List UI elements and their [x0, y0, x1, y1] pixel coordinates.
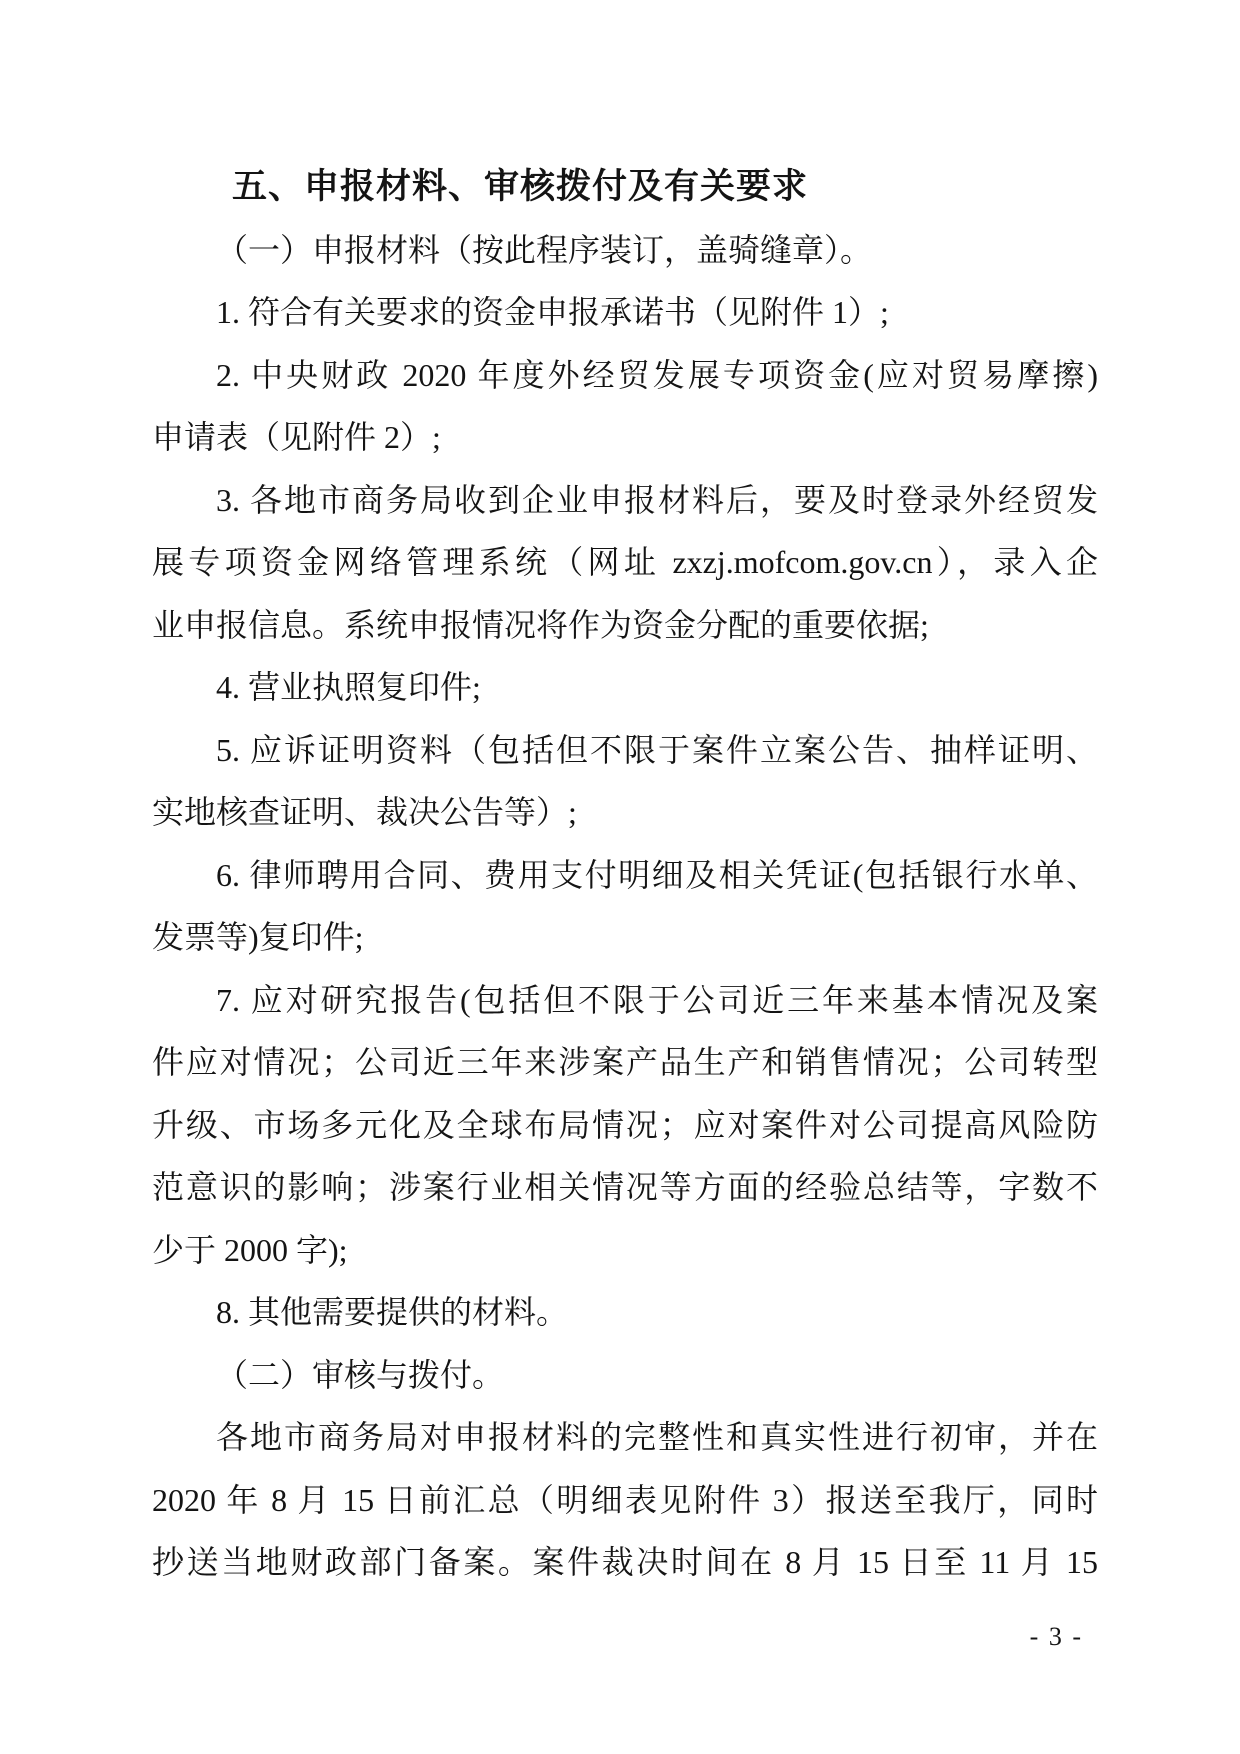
document-line: 7. 应对研究报告(包括但不限于公司近三年来基本情况及案	[152, 969, 1098, 1032]
document-line: 少于 2000 字);	[152, 1219, 1098, 1282]
document-page: 五、申报材料、审核拨付及有关要求 （一）申报材料（按此程序装订，盖骑缝章）。 1…	[0, 0, 1240, 1754]
document-line: 发票等)复印件;	[152, 906, 1098, 969]
document-line: 各地市商务局对申报材料的完整性和真实性进行初审，并在	[152, 1406, 1098, 1469]
document-line: 抄送当地财政部门备案。案件裁决时间在 8 月 15 日至 11 月 15	[152, 1531, 1098, 1594]
page-number: - 3 -	[1030, 1622, 1083, 1652]
document-line: 4. 营业执照复印件;	[152, 656, 1098, 719]
document-line: 升级、市场多元化及全球布局情况；应对案件对公司提高风险防	[152, 1094, 1098, 1157]
document-line: 2020 年 8 月 15 日前汇总（明细表见附件 3）报送至我厅，同时	[152, 1469, 1098, 1532]
document-line: 1. 符合有关要求的资金申报承诺书（见附件 1）;	[152, 281, 1098, 344]
document-line: 3. 各地市商务局收到企业申报材料后，要及时登录外经贸发	[152, 469, 1098, 532]
document-line: 申请表（见附件 2）;	[152, 406, 1098, 469]
document-line: 8. 其他需要提供的材料。	[152, 1281, 1098, 1344]
document-line: 6. 律师聘用合同、费用支付明细及相关凭证(包括银行水单、	[152, 844, 1098, 907]
document-line: 范意识的影响；涉案行业相关情况等方面的经验总结等，字数不	[152, 1156, 1098, 1219]
document-line: 展专项资金网络管理系统（网址 zxzj.mofcom.gov.cn），录入企	[152, 531, 1098, 594]
document-line: （一）申报材料（按此程序装订，盖骑缝章）。	[152, 219, 1098, 282]
document-line: 5. 应诉证明资料（包括但不限于案件立案公告、抽样证明、	[152, 719, 1098, 782]
document-line: （二）审核与拨付。	[152, 1344, 1098, 1407]
document-line: 实地核查证明、裁决公告等）;	[152, 781, 1098, 844]
document-line: 2. 中央财政 2020 年度外经贸发展专项资金(应对贸易摩擦)	[152, 344, 1098, 407]
section-heading: 五、申报材料、审核拨付及有关要求	[152, 156, 1098, 219]
document-line: 件应对情况；公司近三年来涉案产品生产和销售情况；公司转型	[152, 1031, 1098, 1094]
document-line: 业申报信息。系统申报情况将作为资金分配的重要依据;	[152, 594, 1098, 657]
